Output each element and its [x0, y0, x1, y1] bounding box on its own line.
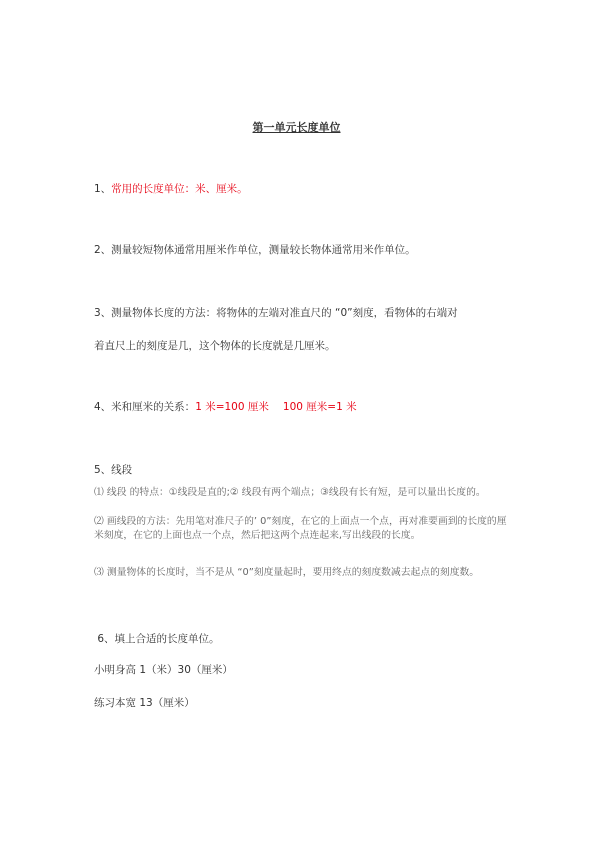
- section-1-text: 常用的长度单位：米、厘米。: [111, 183, 248, 195]
- section-4: 4、米和厘米的关系：1 米=100 厘米100 厘米=1 米: [94, 400, 357, 414]
- section-1: 1、常用的长度单位：米、厘米。: [94, 182, 248, 196]
- relation-1: 1 米=100 厘米: [195, 401, 269, 413]
- section-6-example-2: 练习本宽 13（厘米）: [94, 696, 195, 710]
- section-4-label: 4、米和厘米的关系：: [94, 401, 195, 413]
- section-3-line-2: 着直尺上的刻度是几，这个物体的长度就是几厘米。: [94, 339, 336, 353]
- section-2: 2、测量较短物体通常用厘米作单位，测量较长物体通常用米作单位。: [94, 243, 416, 257]
- section-3-line-1: 3、测量物体长度的方法：将物体的左端对准直尺的 “0”刻度，看物体的右端对: [94, 306, 458, 320]
- relation-2: 100 厘米=1 米: [283, 401, 357, 413]
- section-6-heading: 6、填上合适的长度单位。: [94, 632, 220, 646]
- section-1-number: 1、: [94, 183, 111, 195]
- section-5-item-2: ⑵ 画线段的方法：先用笔对准尺子的’ 0”刻度，在它的上面点一个点，再对准要画到…: [94, 515, 514, 542]
- section-5-item-1: ⑴ 线段 的特点：①线段是直的;② 线段有两个端点；③线段有长有短，是可以量出长…: [94, 486, 514, 500]
- title-text: 第一单元长度单位: [253, 121, 343, 134]
- section-5-item-3: ⑶ 测量物体的长度时，当不是从 “0”刻度量起时，要用终点的刻度数减去起点的刻度…: [94, 566, 514, 580]
- section-5-heading: 5、线段: [94, 463, 132, 477]
- section-6-example-1: 小明身高 1（米）30（厘米）: [94, 663, 233, 677]
- page-title: 第一单元长度单位: [0, 119, 595, 135]
